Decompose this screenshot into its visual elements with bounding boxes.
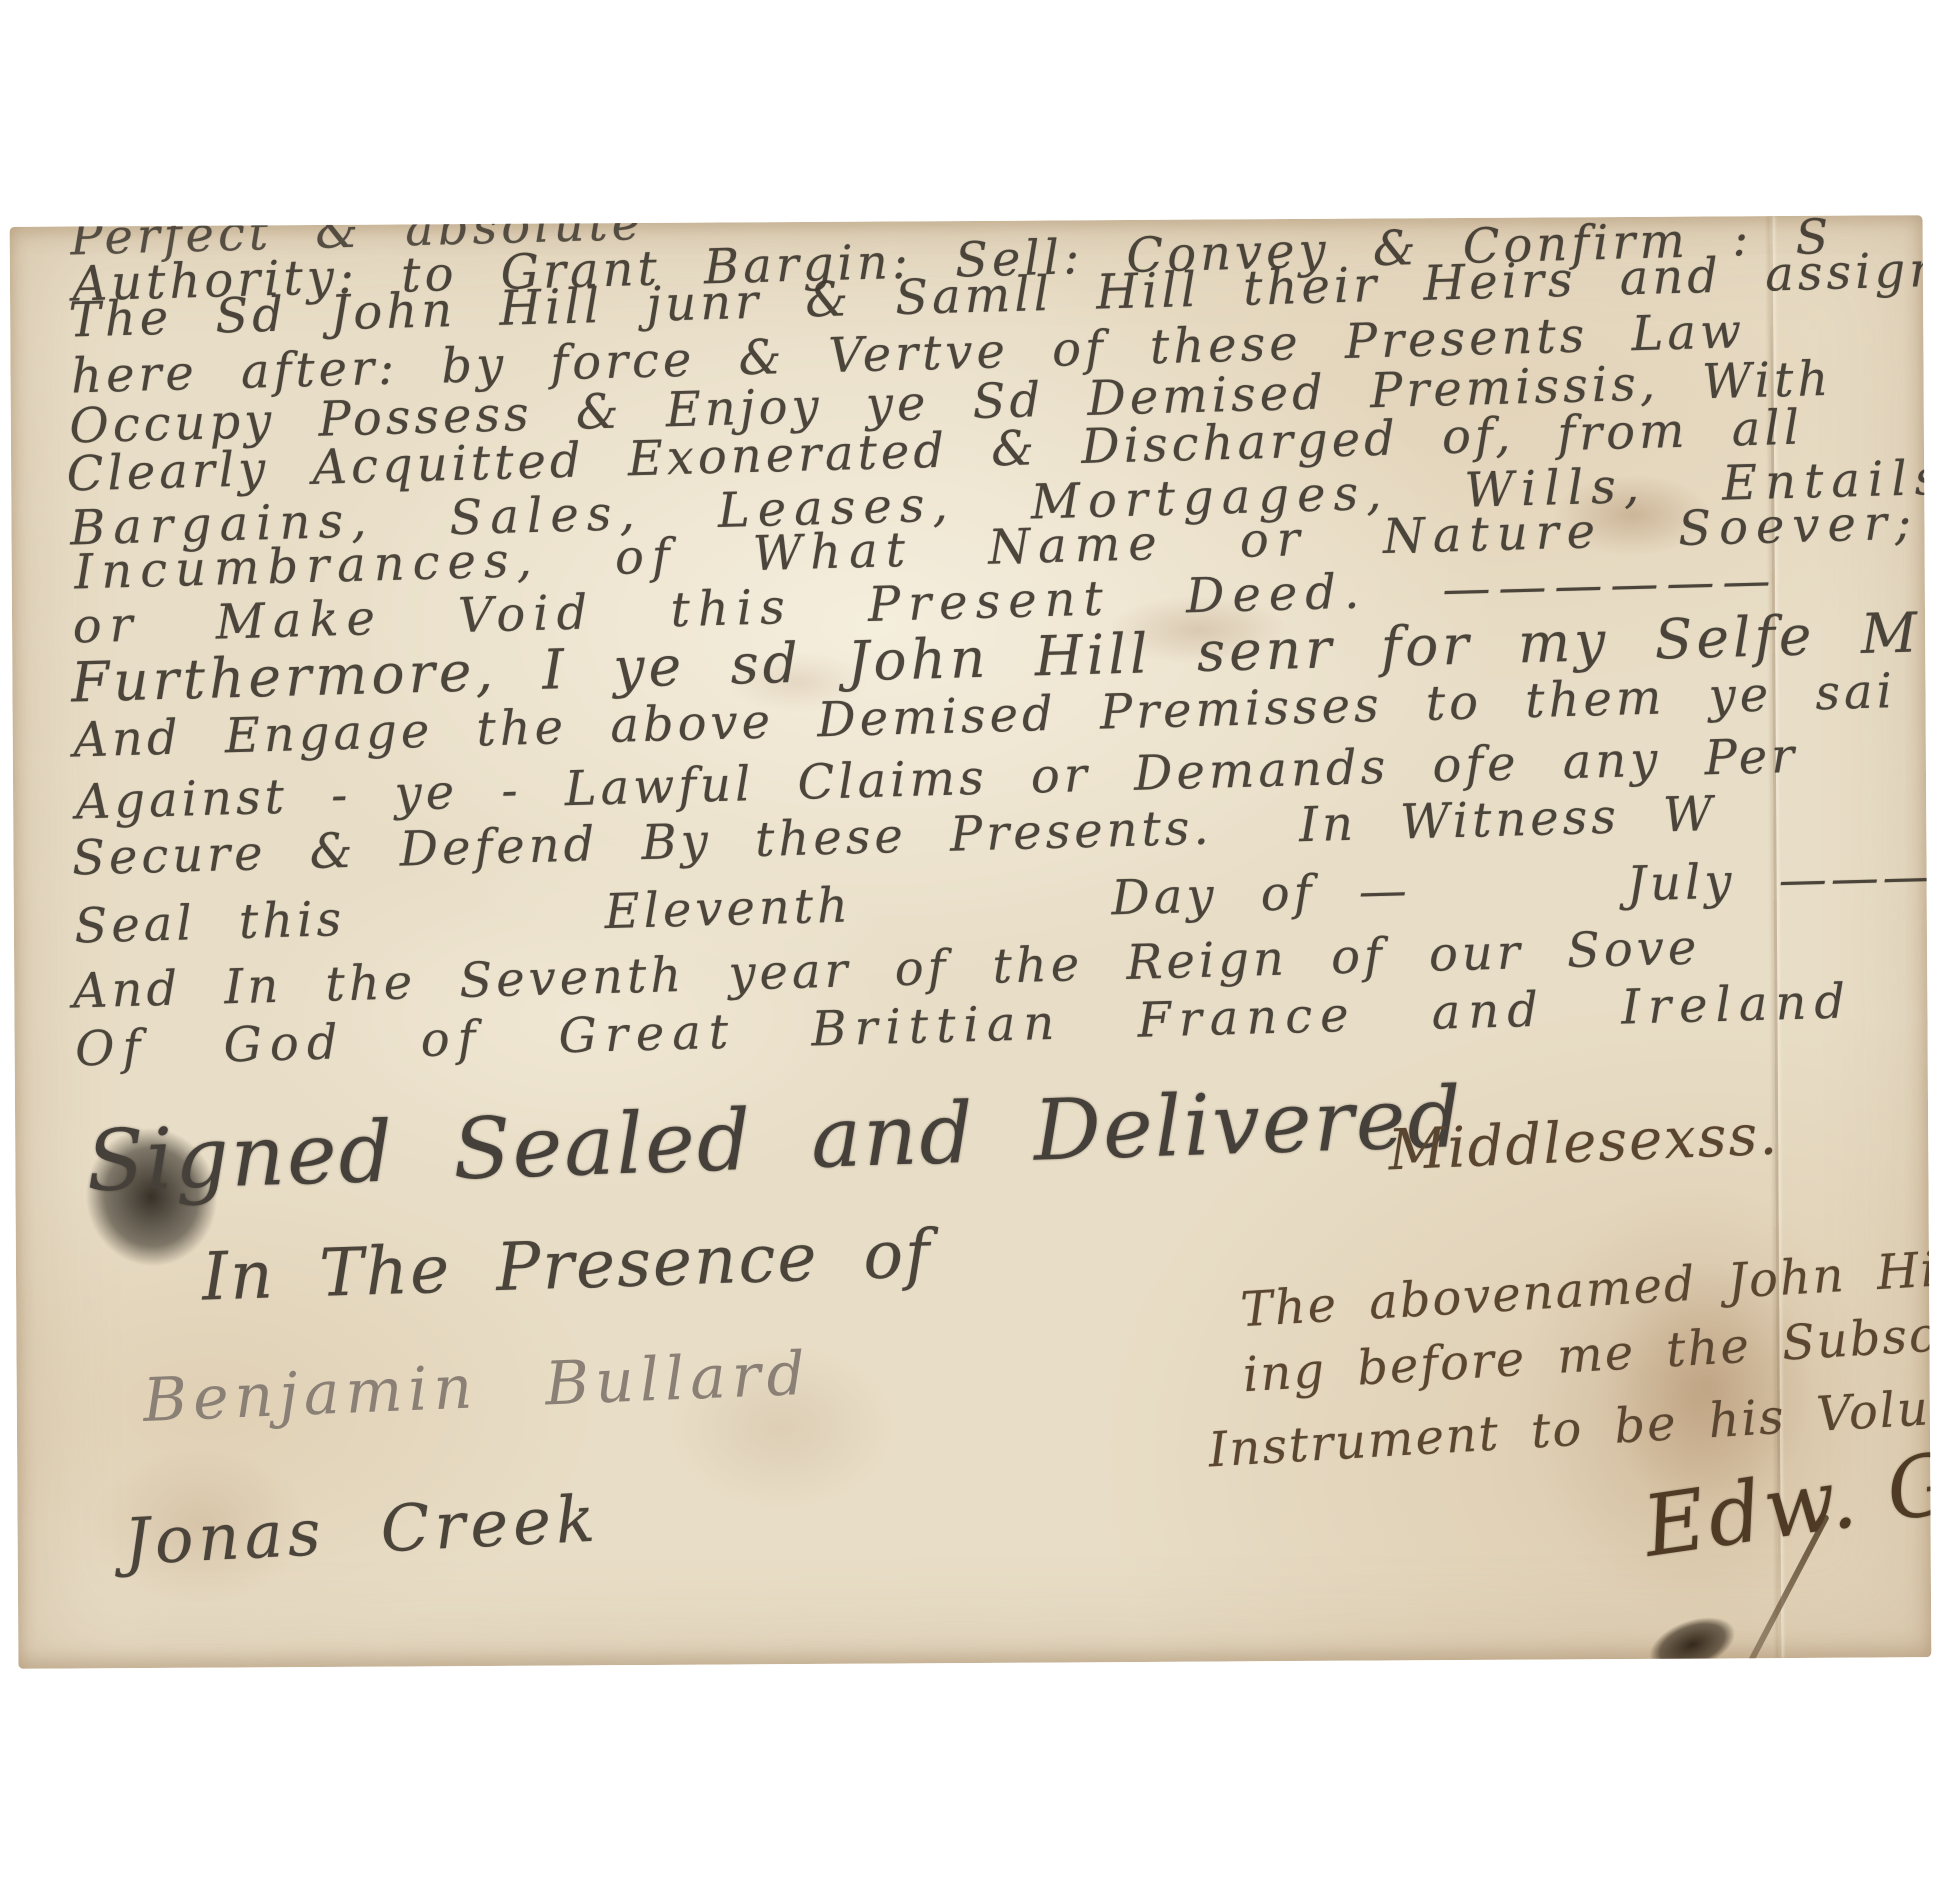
photo-background: Perfect & absolute Authority: to Grant B… [0, 0, 1950, 1903]
attestation-subheading: In The Presence of [201, 1215, 933, 1316]
witness-signature-jonas-creek: Jonas Creek [122, 1483, 601, 1581]
ink-blot [1629, 1597, 1755, 1669]
parchment-page: Perfect & absolute Authority: to Grant B… [10, 215, 1932, 1669]
attestation-heading: Signed Sealed and Delivered [85, 1068, 1465, 1210]
witness-signature-benjamin-bullard: Benjamin Bullard [142, 1339, 813, 1436]
